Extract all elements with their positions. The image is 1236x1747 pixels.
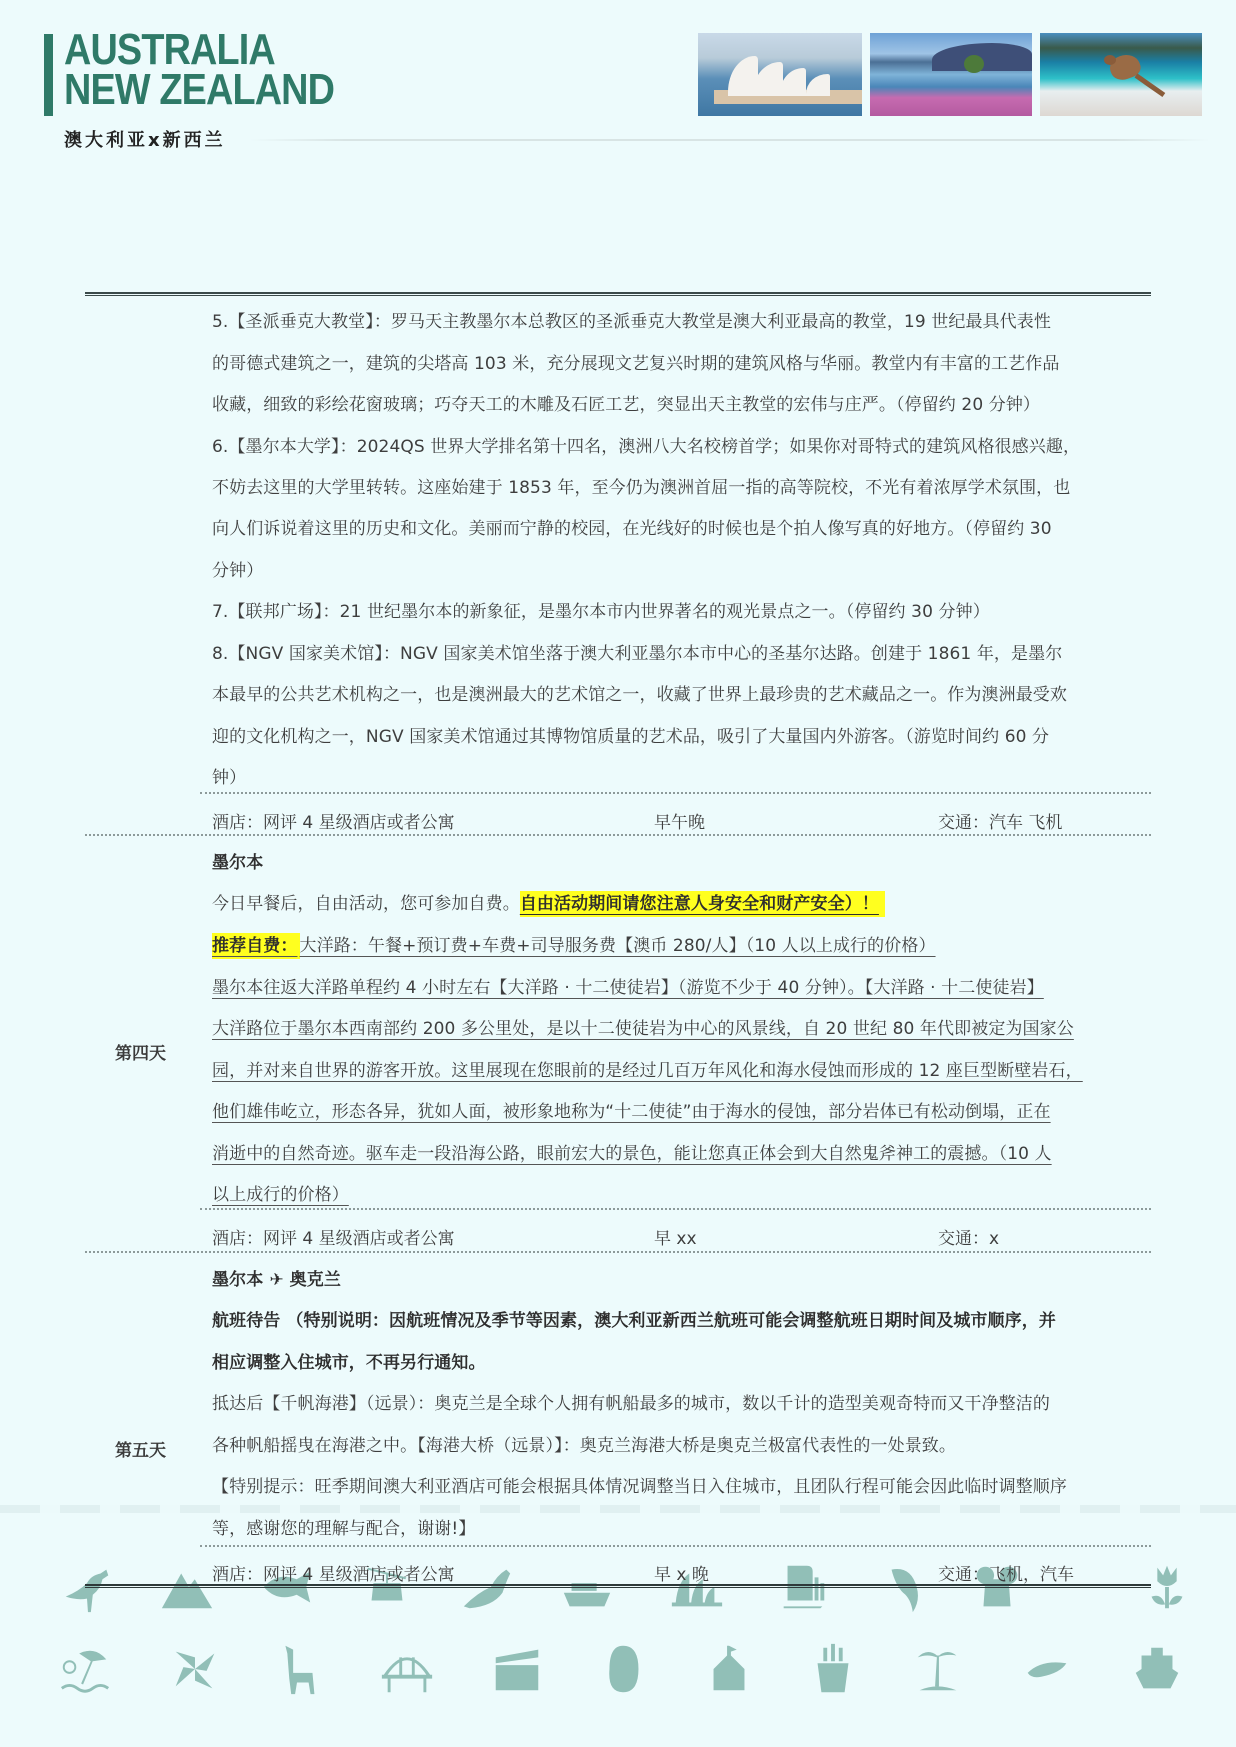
day4-meals: 早 xx — [654, 1224, 697, 1249]
day3-line: 本最早的公共艺术机构之一，也是澳洲最大的艺术馆之一，收藏了世界上最珍贵的艺术藏品… — [212, 683, 1067, 707]
palm-trees-icon — [902, 1640, 972, 1712]
itinerary-page: AUSTRALIA NEW ZEALAND 澳大利亚x新西兰 5.【圣派垂克大教… — [0, 0, 1236, 1747]
tree — [964, 55, 984, 73]
decorative-band — [0, 1505, 1236, 1513]
beach-umbrella-icon — [50, 1640, 120, 1712]
row-divider — [200, 792, 1151, 794]
day3-line: 8.【NGV 国家美术馆】：NGV 国家美术馆坐落于澳大利亚墨尔本市中心的圣基尔… — [212, 642, 1062, 666]
brand-subtitle: 澳大利亚x新西兰 — [64, 126, 226, 152]
footer-icons-row-2 — [0, 1640, 1236, 1720]
sydney-opera-house-photo — [698, 33, 862, 116]
day4-intro-line: 今日早餐后，自由活动，您可参加自费。自由活动期间请您注意人身安全和财产安全）！ — [212, 892, 885, 916]
day5-line: 【特别提示：旺季期间澳大利亚酒店可能会根据具体情况调整当日入住城市，且团队行程可… — [212, 1475, 1067, 1499]
day5-transport: 交通：飞机，汽车 — [938, 1560, 1074, 1585]
fries-icon — [798, 1640, 868, 1712]
day5-line: 各种帆船摇曳在海港之中。【海港大桥（远景）】：奥克兰海港大桥是奥克兰极富代表性的… — [212, 1434, 956, 1458]
cruise-ship-icon — [1122, 1640, 1192, 1712]
day5-flight-note: 相应调整入住城市，不再另行通知。 — [212, 1351, 486, 1375]
day5-hotel: 酒店：网评 4 星级酒店或者公寓 — [212, 1560, 455, 1585]
clapperboard-icon — [482, 1640, 552, 1712]
day3-line: 5.【圣派垂克大教堂】：罗马天主教墨尔本总教区的圣派垂克大教堂是澳大利亚最高的教… — [212, 310, 1051, 334]
kangaroo-tail — [1135, 73, 1166, 97]
day3-hotel: 酒店：网评 4 星级酒店或者公寓 — [212, 808, 455, 833]
safety-warning-highlight: 自由活动期间请您注意人身安全和财产安全）！ — [520, 891, 885, 917]
day4-line: 消逝中的自然奇迹。驱车走一段沿海公路，眼前宏大的景色，能让您真正体会到大自然鬼斧… — [212, 1142, 1052, 1166]
day5-label: 第五天 — [115, 1436, 166, 1461]
kangaroo-icon — [52, 1558, 122, 1630]
lake-lupins-photo — [870, 33, 1032, 116]
brand-line-1: AUSTRALIA — [64, 30, 334, 70]
opera-shell — [806, 74, 830, 96]
penguin-icon — [588, 1640, 658, 1712]
day4-line: 墨尔本往返大洋路单程约 4 小时左右【大洋路 · 十二使徒岩】（游览不少于 40… — [212, 976, 1044, 1000]
day4-line: 大洋路位于墨尔本西南部约 200 多公里处，是以十二使徒岩为中心的风景线，自 2… — [212, 1017, 1074, 1041]
brand-bar — [44, 34, 53, 116]
day5-meals: 早 x 晚 — [654, 1560, 709, 1585]
day4-city: 墨尔本 — [212, 851, 263, 875]
day4-hotel: 酒店：网评 4 星级酒店或者公寓 — [212, 1224, 455, 1249]
recommend-text: 大洋路：午餐+预订费+车费+司导服务费【澳币 280/人】（10 人以上成行的价… — [300, 936, 936, 956]
day3-meals: 早午晚 — [654, 808, 705, 833]
kangaroo-head — [1104, 55, 1116, 65]
day4-label: 第四天 — [115, 1039, 166, 1064]
day3-line: 6.【墨尔本大学】：2024QS 世界大学排名第十四名，澳洲八大名校榜首学；如果… — [212, 435, 1080, 459]
day4-line: 以上成行的价格） — [212, 1183, 349, 1207]
day3-line: 7.【联邦广场】：21 世纪墨尔本的新象征，是墨尔本市内世界著名的观光景点之一。… — [212, 600, 990, 624]
day-divider — [85, 1251, 1151, 1253]
train-icon — [768, 1558, 838, 1630]
day3-line: 收藏，细致的彩绘花窗玻璃；巧夺天工的木雕及石匠工艺，突显出天主教堂的宏伟与庄严。… — [212, 393, 1040, 417]
church-icon — [694, 1640, 764, 1712]
day-divider — [85, 834, 1151, 836]
brand-title: AUSTRALIA NEW ZEALAND — [64, 30, 334, 110]
seal-icon — [452, 1558, 522, 1630]
opera-shell — [780, 68, 806, 96]
recommend-label-highlight: 推荐自费： — [212, 933, 300, 959]
header-divider — [250, 139, 1210, 141]
day5-line: 抵达后【千帆海港】（远景）：奥克兰是全球个人拥有帆船最多的城市，数以千计的造型美… — [212, 1392, 1050, 1416]
day3-line: 钟） — [212, 766, 246, 790]
day4-transport: 交通：x — [938, 1224, 999, 1249]
day3-line: 分钟） — [212, 559, 263, 583]
day4-recommend-line: 推荐自费：大洋路：午餐+预订费+车费+司导服务费【澳币 280/人】（10 人以… — [212, 934, 936, 958]
brand-line-2: NEW ZEALAND — [64, 70, 334, 110]
table-top-border — [85, 292, 1151, 296]
kangaroo-beach-photo — [1040, 33, 1202, 116]
row-divider — [200, 1208, 1151, 1210]
day5-line: 等，感谢您的理解与配合，谢谢!】 — [212, 1517, 475, 1541]
day4-intro: 今日早餐后，自由活动，您可参加自费。 — [212, 894, 520, 914]
day3-transport: 交通：汽车 飞机 — [938, 808, 1062, 833]
day5-flight-note: 航班待告 （特别说明：因航班情况及季节等因素，澳大利亚新西兰航班可能会调整航班日… — [212, 1309, 1056, 1333]
dolphin-icon — [872, 1558, 942, 1630]
ship-icon — [552, 1558, 622, 1630]
day3-line: 向人们诉说着这里的历史和文化。美丽而宁静的校园，在光线好的时候也是个拍人像写真的… — [212, 517, 1052, 541]
day4-line: 园，并对来自世界的游客开放。这里展现在您眼前的是经过几百万年风化和海水侵蚀而形成… — [212, 1059, 1083, 1083]
day3-line: 的哥德式建筑之一，建筑的尖塔高 103 米，充分展现文艺复兴时期的建筑风格与华丽… — [212, 352, 1059, 376]
day3-line: 迎的文化机构之一，NGV 国家美术馆通过其博物馆质量的艺术品，吸引了大量国内外游… — [212, 725, 1049, 749]
day4-line: 他们雄伟屹立，形态各异，犹如人面，被形象地称为“十二使徒”由于海水的侵蚀，部分岩… — [212, 1100, 1051, 1124]
bridge-icon — [372, 1640, 442, 1712]
island-icon — [1012, 1640, 1082, 1712]
pinwheel-icon — [160, 1640, 230, 1712]
tulip-icon — [1132, 1558, 1202, 1630]
row-divider — [200, 1545, 1151, 1547]
day5-route: 墨尔本 ✈ 奥克兰 — [212, 1268, 341, 1292]
day3-line: 不妨去这里的大学里转转。这座始建于 1853 年，至今仍为澳洲首屈一指的高等院校… — [212, 476, 1070, 500]
alpaca-icon — [262, 1640, 332, 1712]
